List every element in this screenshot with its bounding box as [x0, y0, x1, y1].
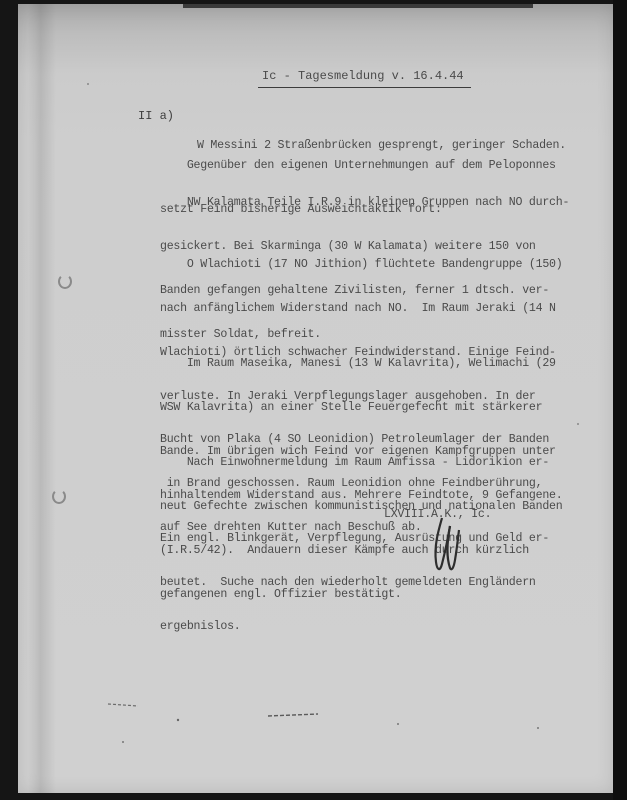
scan-noise: [18, 4, 614, 793]
scan-edge-right: [613, 0, 627, 800]
document-page: Ic - Tagesmeldung v. 16.4.44 II a) W Mes…: [18, 4, 614, 793]
